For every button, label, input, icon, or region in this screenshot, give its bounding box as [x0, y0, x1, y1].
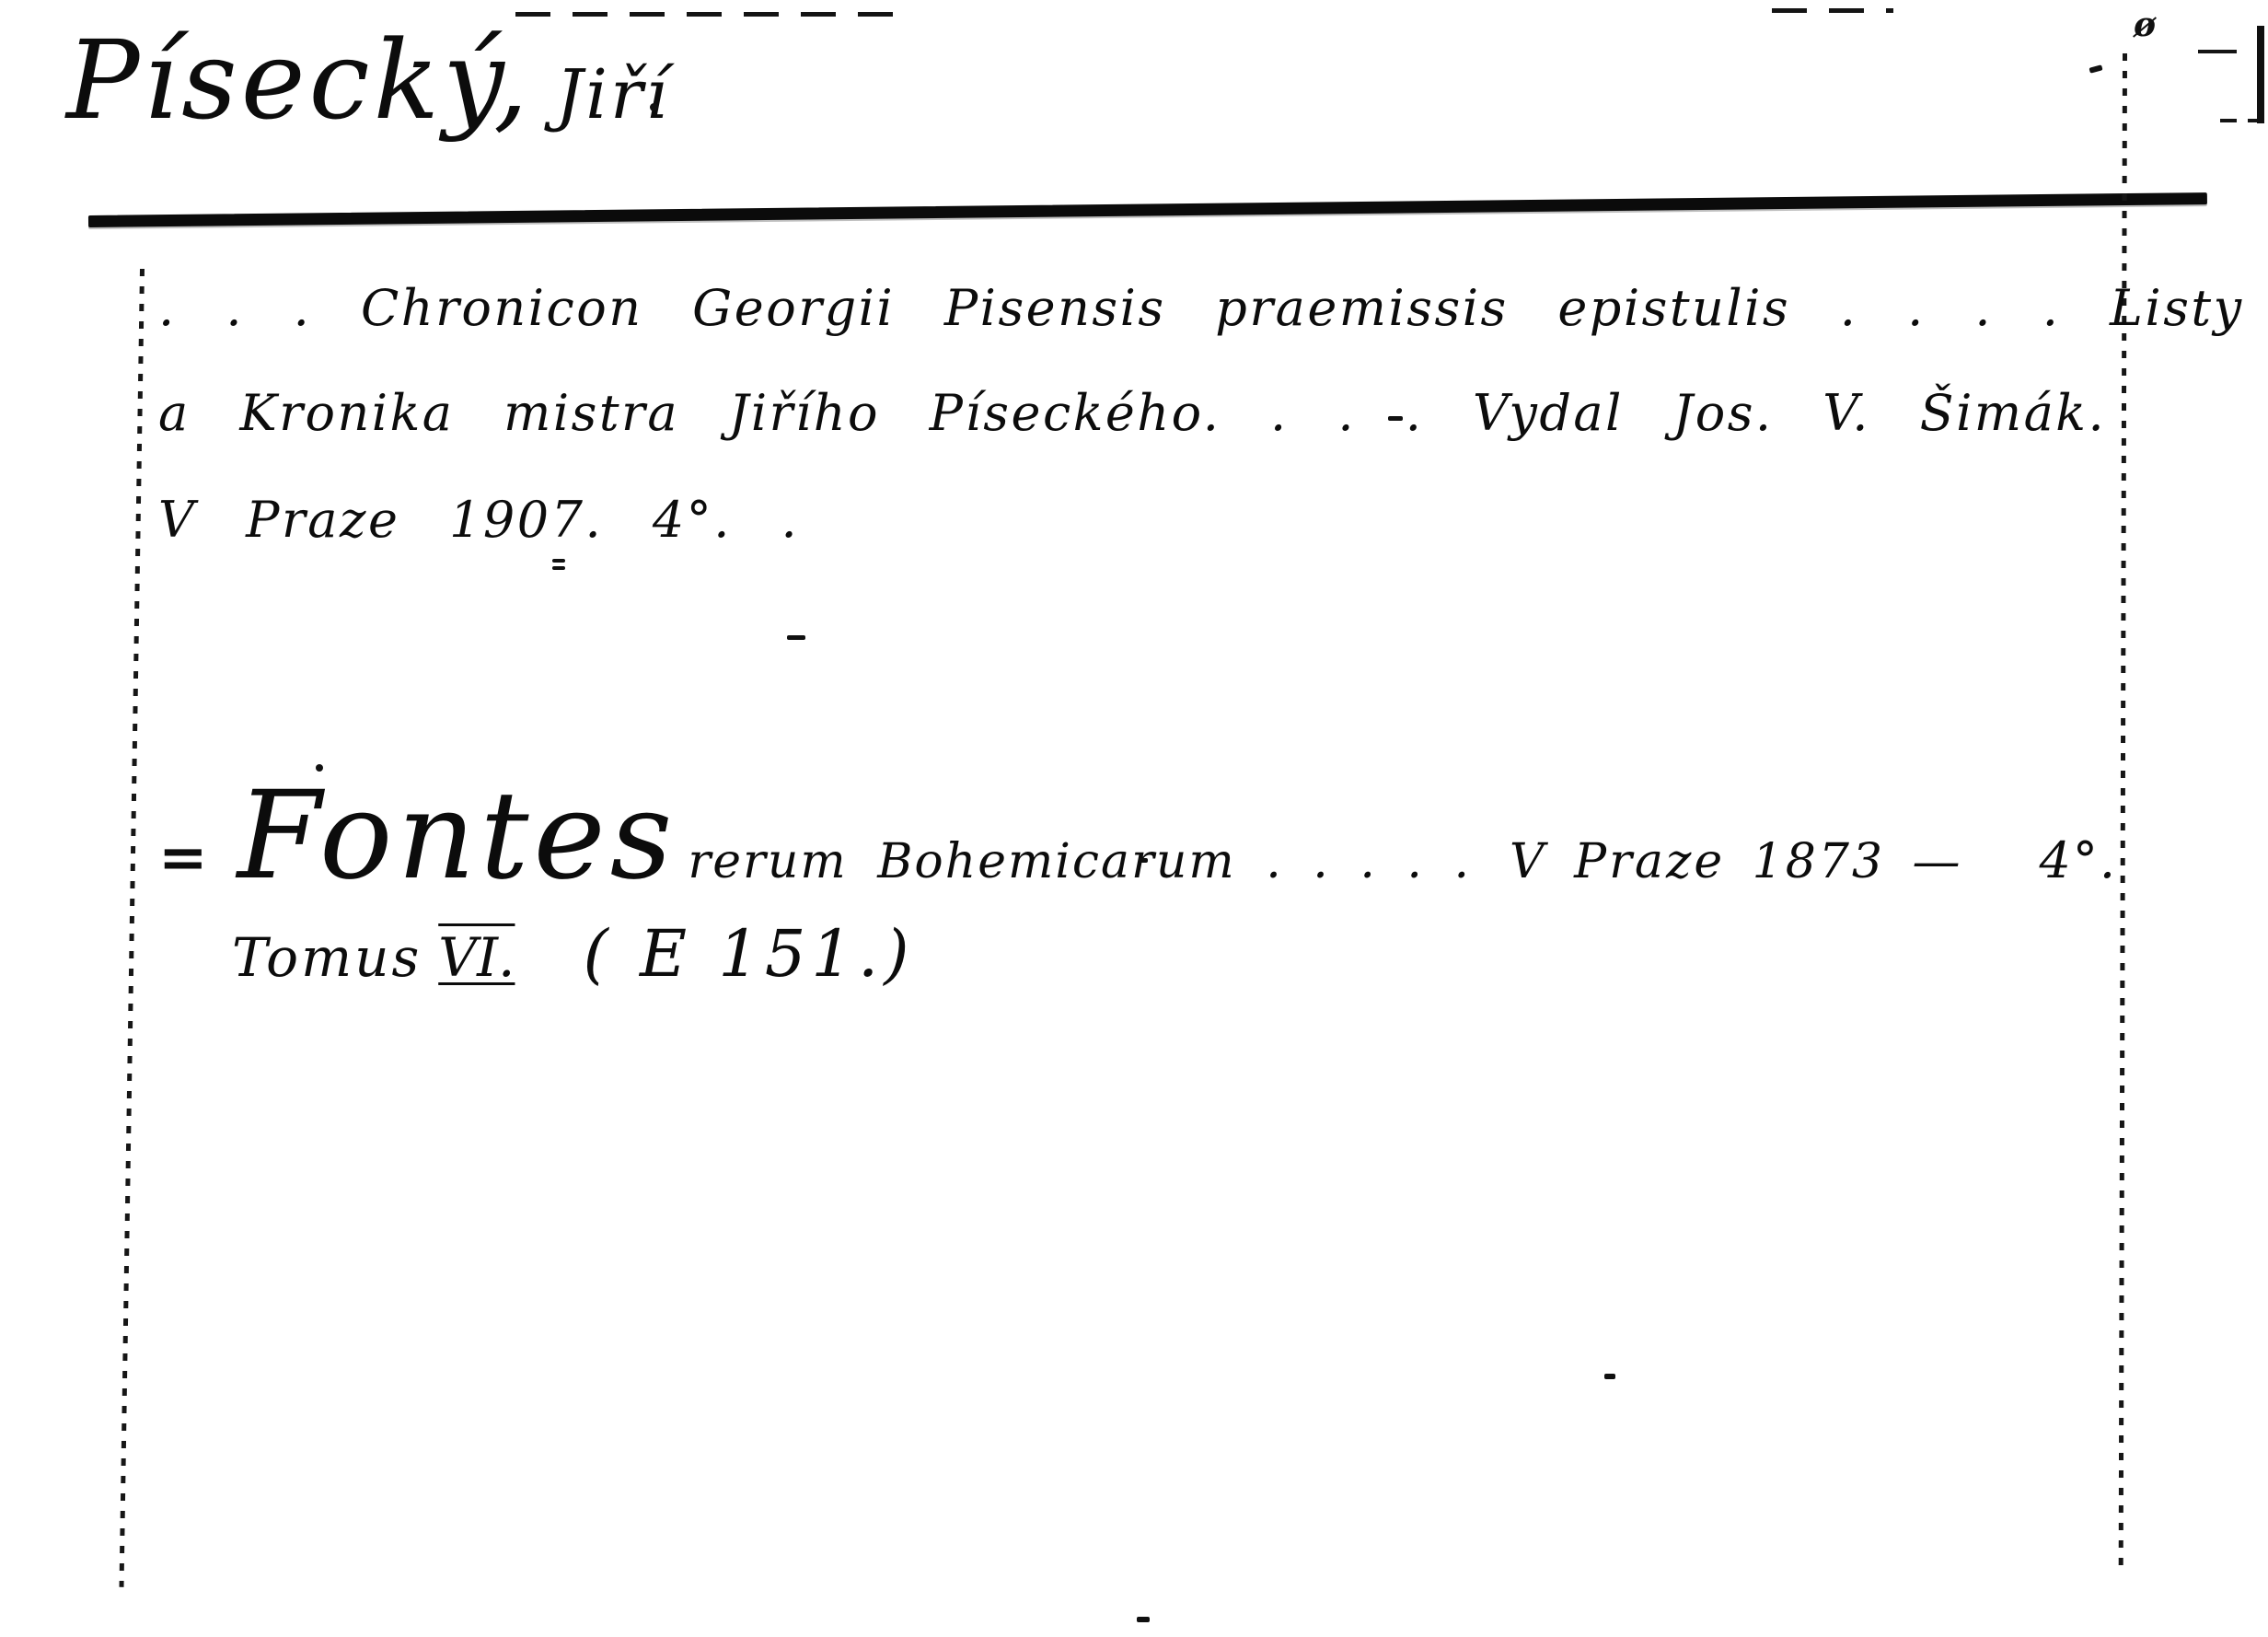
ink-speck — [650, 103, 658, 111]
tomus-label: Tomus — [232, 926, 422, 989]
ink-speck — [316, 764, 323, 772]
ink-speck — [552, 559, 565, 563]
series-subtitle: rerum Bohemicarum . . . . . — [688, 834, 1471, 889]
ink-speck — [1604, 1374, 1615, 1379]
entry-line-2: a Kronika mistra Jiřího Píseckého. . . .… — [158, 389, 2106, 438]
series-entry-line: = Fontes rerum Bohemicarum . . . . . V P… — [158, 775, 2117, 897]
ink-speck — [1139, 858, 1148, 863]
right-edge-mark — [2257, 26, 2264, 123]
series-equals-sign: = — [158, 823, 210, 892]
tomus-number: VI. — [438, 926, 515, 989]
series-format: 4°. — [2039, 831, 2117, 889]
entry-line-3: V Praze 1907. 4°. . — [158, 495, 799, 545]
top-edge-dashes — [1772, 8, 1893, 13]
ink-speck — [2089, 64, 2102, 73]
tomus-line: Tomus VI. ( E 151.) — [232, 916, 915, 992]
series-title: Fontes — [237, 775, 677, 897]
heading-forename: Jiří — [556, 61, 670, 129]
card-heading: Písecký, Jiří — [66, 26, 670, 134]
heading-surname: Písecký, — [66, 26, 532, 134]
catalog-card: ø Písecký, Jiří . . . Chronicon Georgii … — [0, 0, 2268, 1637]
series-imprint: V Praze 1873 — — [1510, 834, 1963, 889]
shelfmark: ( E 151.) — [583, 916, 914, 992]
entry-line-1: . . . Chronicon Georgii Pisensis praemis… — [158, 284, 2244, 333]
top-edge-dashes — [515, 12, 911, 17]
left-margin-dotted-rule — [120, 269, 145, 1587]
ink-speck — [1388, 416, 1403, 421]
header-rule — [88, 192, 2207, 227]
corner-dash — [2198, 50, 2237, 53]
ink-speck — [1137, 1617, 1150, 1622]
stray-ink-glyph: ø — [2134, 6, 2156, 44]
ink-speck — [787, 635, 805, 640]
